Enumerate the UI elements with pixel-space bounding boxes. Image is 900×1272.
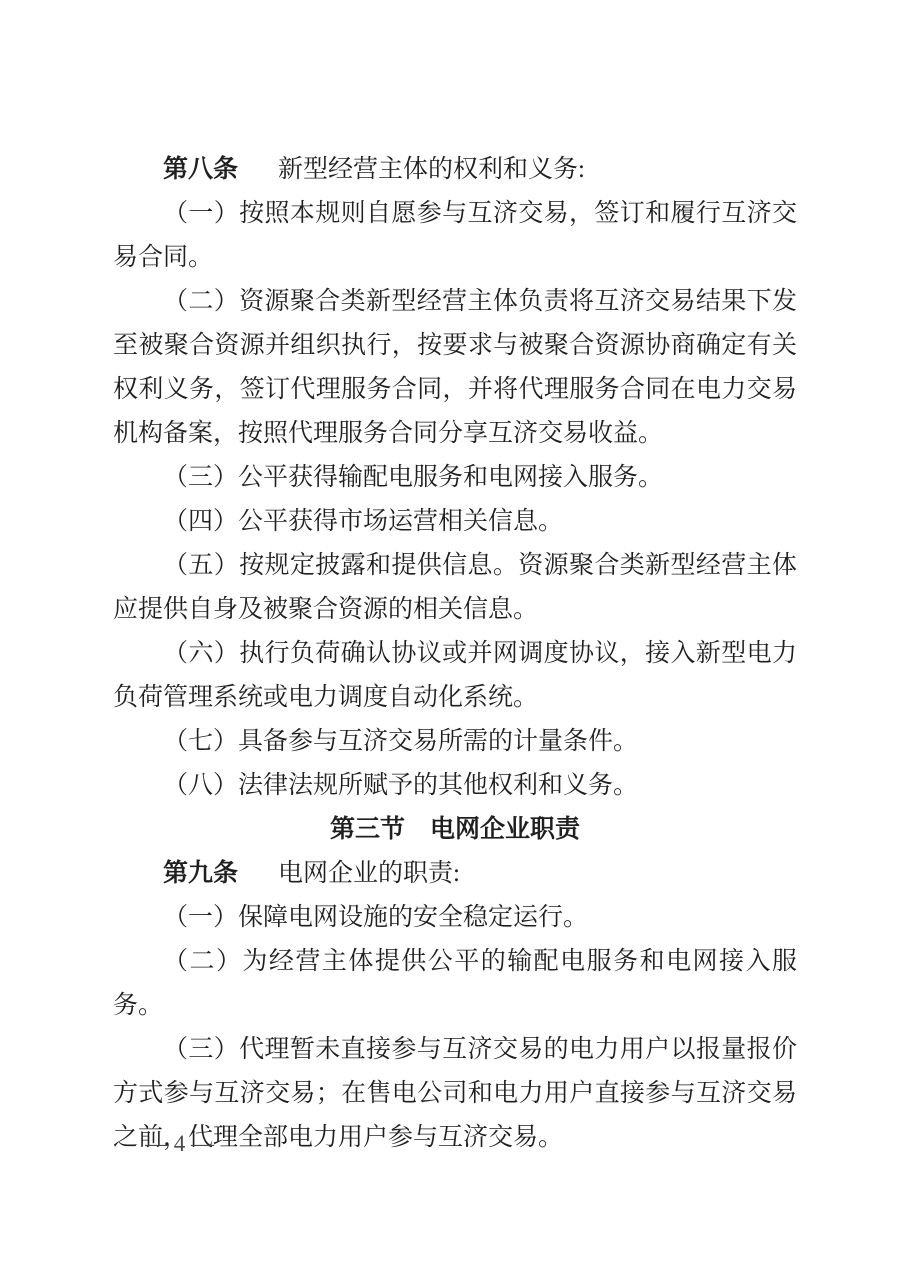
article-title-text: 电网企业的职责: (278, 860, 460, 887)
paragraph-item: （二）资源聚合类新型经营主体负责将互济交易结果下发至被聚合资源并组织执行，按要求… (113, 280, 797, 456)
paragraph-item: （四）公平获得市场运营相关信息。 (113, 500, 797, 544)
document-body: 第八条新型经营主体的权利和义务:（一）按照本规则自愿参与互济交易，签订和履行互济… (113, 148, 797, 1160)
paragraph-item: （六）执行负荷确认协议或并网调度协议，接入新型电力负荷管理系统或电力调度自动化系… (113, 632, 797, 720)
page-number: — 4 — (145, 1128, 214, 1160)
paragraph-article: 第八条新型经营主体的权利和义务: (113, 148, 797, 192)
paragraph-item: （五）按规定披露和提供信息。资源聚合类新型经营主体应提供自身及被聚合资源的相关信… (113, 544, 797, 632)
paragraph-section: 第三节电网企业职责 (113, 808, 797, 852)
section-title-text: 电网企业职责 (430, 816, 580, 843)
section-number-label: 第三节 (330, 816, 405, 843)
paragraph-item: （三）公平获得输配电服务和电网接入服务。 (113, 456, 797, 500)
paragraph-item: （二）为经营主体提供公平的输配电服务和电网接入服务。 (113, 940, 797, 1028)
paragraph-item: （七）具备参与互济交易所需的计量条件。 (113, 720, 797, 764)
article-number-label: 第九条 (163, 860, 238, 887)
document-page: 第八条新型经营主体的权利和义务:（一）按照本规则自愿参与互济交易，签订和履行互济… (0, 0, 900, 1272)
paragraph-item: （八）法律法规所赋予的其他权利和义务。 (113, 764, 797, 808)
paragraph-item: （三）代理暂未直接参与互济交易的电力用户以报量报价方式参与互济交易；在售电公司和… (113, 1028, 797, 1160)
article-title-text: 新型经营主体的权利和义务: (278, 156, 585, 183)
paragraph-article: 第九条电网企业的职责: (113, 852, 797, 896)
paragraph-item: （一）保障电网设施的安全稳定运行。 (113, 896, 797, 940)
article-number-label: 第八条 (163, 156, 238, 183)
paragraph-item: （一）按照本规则自愿参与互济交易，签订和履行互济交易合同。 (113, 192, 797, 280)
